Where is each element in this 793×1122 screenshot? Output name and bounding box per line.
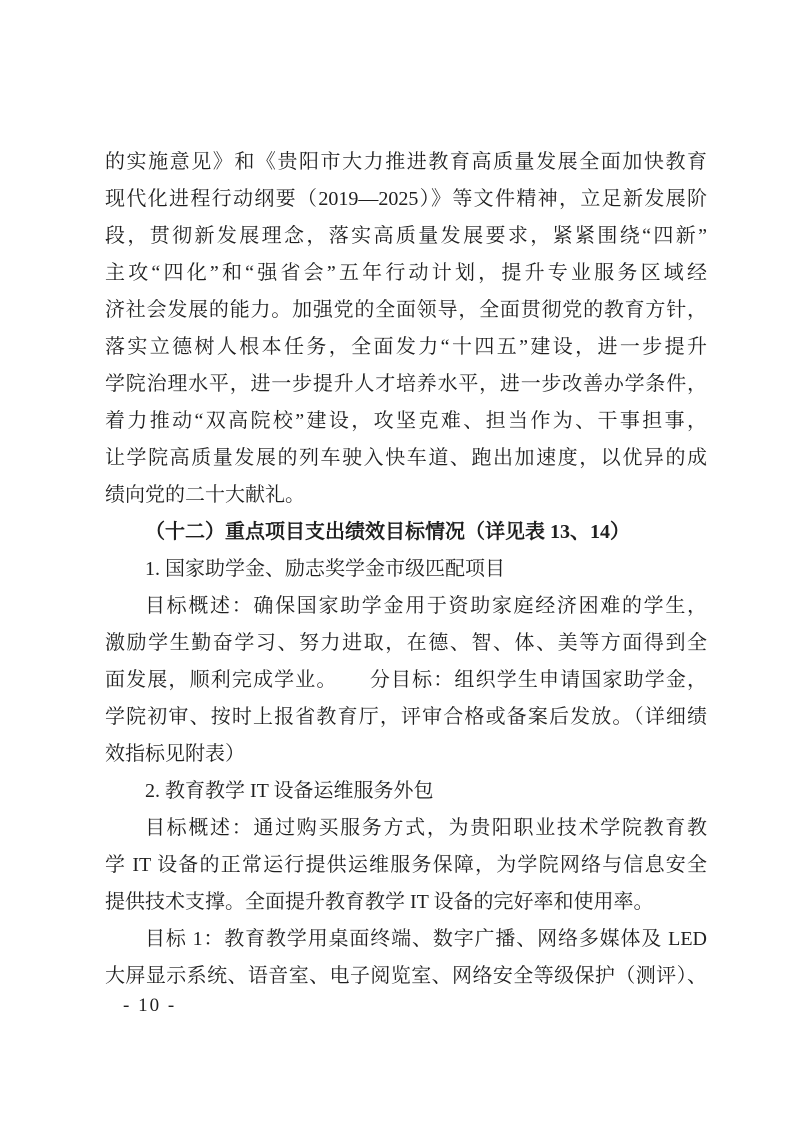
item-1-title: 1. 国家助学金、励志奖学金市级匹配项目	[105, 551, 707, 588]
page-number: - 10 -	[123, 995, 176, 1017]
text-line: 2. 教育教学 IT 设备运维服务外包	[105, 773, 707, 810]
document-body: 的实施意见》和《贵阳市大力推进教育高质量发展全面加快教育现代化进程行动纲要（20…	[105, 144, 707, 995]
document-page: 的实施意见》和《贵阳市大力推进教育高质量发展全面加快教育现代化进程行动纲要（20…	[0, 0, 793, 1122]
text-line: 激励学生勤奋学习、努力进取，在德、智、体、美等方面得到全	[105, 625, 707, 662]
text-line: 学 IT 设备的正常运行提供运维服务保障，为学院网络与信息安全	[105, 847, 707, 884]
text-line: 绩向党的二十大献礼。	[105, 477, 707, 514]
text-line: 着力推动“双高院校”建设，攻坚克难、担当作为、干事担事，	[105, 403, 707, 440]
text-line: 主攻“四化”和“强省会”五年行动计划，提升专业服务区域经	[105, 255, 707, 292]
text-line: 1. 国家助学金、励志奖学金市级匹配项目	[105, 551, 707, 588]
text-line: 现代化进程行动纲要（2019—2025）》等文件精神，立足新发展阶	[105, 181, 707, 218]
intro-continuation-paragraph: 的实施意见》和《贵阳市大力推进教育高质量发展全面加快教育现代化进程行动纲要（20…	[105, 144, 707, 514]
text-line: 目标概述：通过购买服务方式，为贵阳职业技术学院教育教	[105, 810, 707, 847]
text-line: 大屏显示系统、语音室、电子阅览室、网络安全等级保护（测评）、	[105, 958, 707, 995]
section-heading-12: （十二）重点项目支出绩效目标情况（详见表 13、14）	[105, 514, 707, 551]
item-2-goal-overview: 目标概述：通过购买服务方式，为贵阳职业技术学院教育教学 IT 设备的正常运行提供…	[105, 810, 707, 921]
text-line: 目标概述：确保国家助学金用于资助家庭经济困难的学生，	[105, 588, 707, 625]
item-2-goal-1: 目标 1：教育教学用桌面终端、数字广播、网络多媒体及 LED大屏显示系统、语音室…	[105, 921, 707, 995]
item-1-goal-overview: 目标概述：确保国家助学金用于资助家庭经济困难的学生，激励学生勤奋学习、努力进取，…	[105, 588, 707, 773]
text-line: 的实施意见》和《贵阳市大力推进教育高质量发展全面加快教育	[105, 144, 707, 181]
text-line: 提供技术支撑。全面提升教育教学 IT 设备的完好率和使用率。	[105, 884, 707, 921]
text-line: 落实立德树人根本任务，全面发力“十四五”建设，进一步提升	[105, 329, 707, 366]
text-line: 面发展，顺利完成学业。 分目标：组织学生申请国家助学金，	[105, 662, 707, 699]
text-line: 让学院高质量发展的列车驶入快车道、跑出加速度，以优异的成	[105, 440, 707, 477]
text-line: 效指标见附表）	[105, 736, 707, 773]
text-line: 济社会发展的能力。加强党的全面领导，全面贯彻党的教育方针，	[105, 292, 707, 329]
item-2-title: 2. 教育教学 IT 设备运维服务外包	[105, 773, 707, 810]
text-line: （十二）重点项目支出绩效目标情况（详见表 13、14）	[105, 514, 707, 551]
text-line: 段，贯彻新发展理念，落实高质量发展要求，紧紧围绕“四新”	[105, 218, 707, 255]
text-line: 学院治理水平，进一步提升人才培养水平，进一步改善办学条件，	[105, 366, 707, 403]
text-line: 学院初审、按时上报省教育厅，评审合格或备案后发放。（详细绩	[105, 699, 707, 736]
text-line: 目标 1：教育教学用桌面终端、数字广播、网络多媒体及 LED	[105, 921, 707, 958]
